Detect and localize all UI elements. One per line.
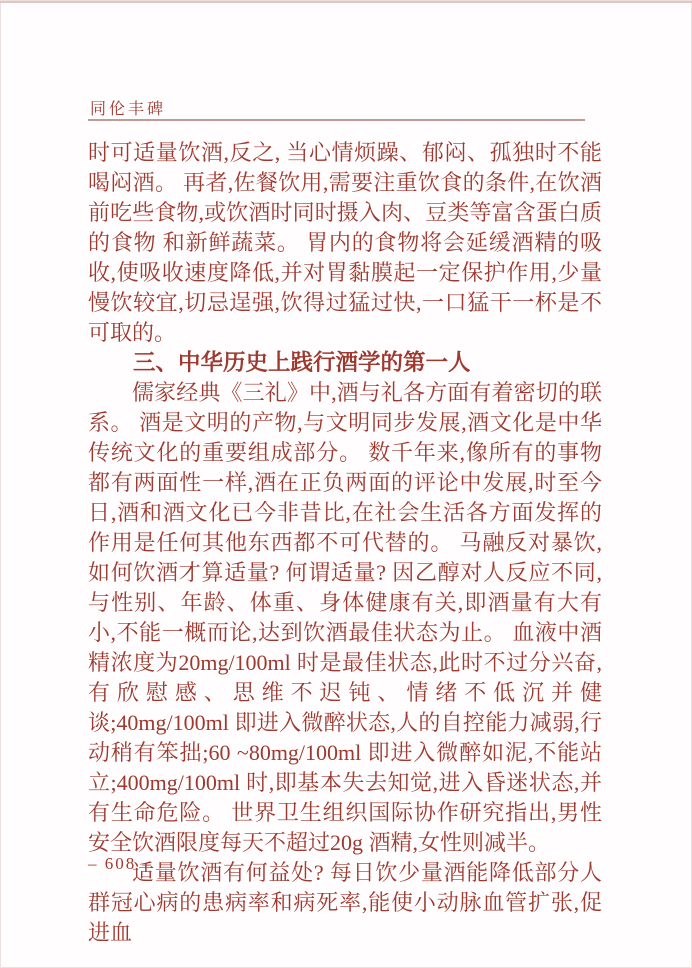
paragraph-wine-benefits: 适量饮酒有何益处? 每日饮少量酒能降低部分人群冠心病的患病率和病死率,能使小动脉…	[88, 858, 602, 948]
page-top-edge-line	[0, 1, 692, 3]
page-body: 时可适量饮酒,反之, 当心情烦躁、郁闷、孤独时不能喝闷酒。 再者,佐餐饮用,需要…	[88, 138, 602, 948]
book-page: 同伦丰碑 时可适量饮酒,反之, 当心情烦躁、郁闷、孤独时不能喝闷酒。 再者,佐餐…	[0, 0, 692, 968]
page-number: – 608 –	[88, 854, 153, 874]
paragraph-drinking-advice: 时可适量饮酒,反之, 当心情烦躁、郁闷、孤独时不能喝闷酒。 再者,佐餐饮用,需要…	[88, 138, 602, 348]
header-rule-divider	[88, 119, 585, 121]
paragraph-wine-history: 儒家经典《三礼》中,酒与礼各方面有着密切的联系。 酒是文明的产物,与文明同步发展…	[88, 378, 602, 858]
running-header: 同伦丰碑	[90, 96, 166, 119]
section-heading: 三、中华历史上践行酒学的第一人	[88, 348, 602, 378]
